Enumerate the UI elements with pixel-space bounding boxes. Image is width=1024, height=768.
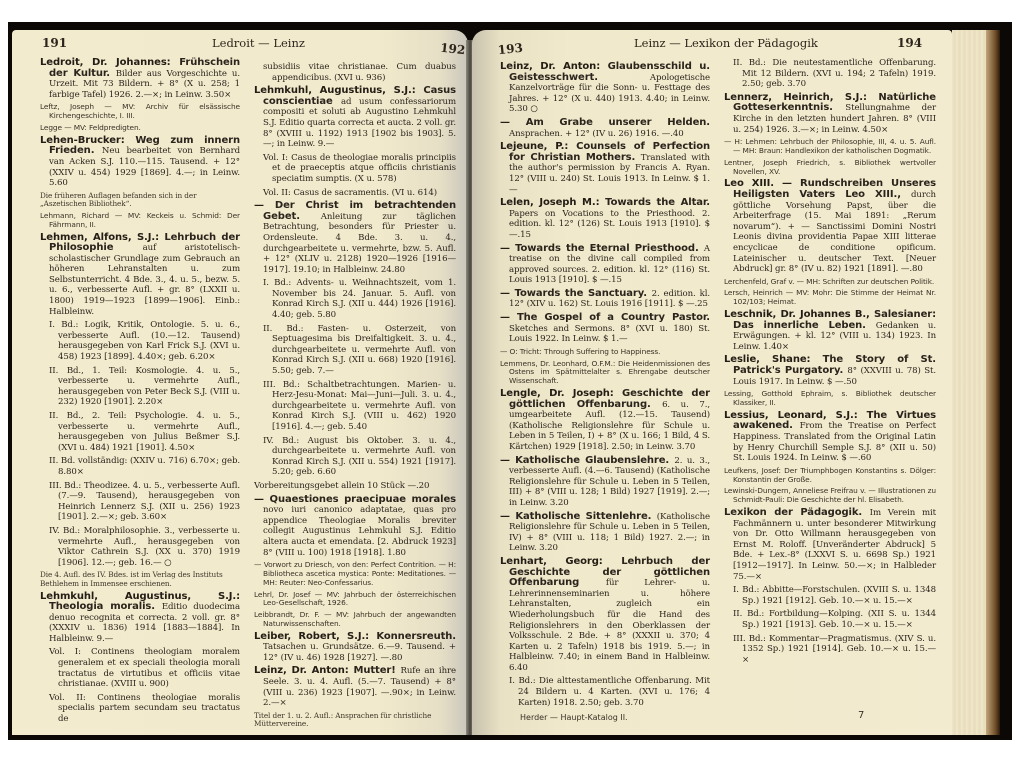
volume-entry: I. Bd.: Logik, Kritik, Ontologie. 5. u. … [40,320,240,362]
catalog-entry: Lehmkuhl, Augustinus, S.J.: Theologia mo… [40,592,240,645]
page-number-193: 193 [497,41,524,62]
entry-author: Leschnik, Dr. Johannes B., [724,309,874,320]
entry-author: Lehmkuhl, Augustinus, S.J.: [254,85,423,96]
catalog-entry: Ledroit, Dr. Johannes: Frühschein der Ku… [40,58,240,100]
cross-reference-entry: — H: Lehmen: Lehrbuch der Philosophie, I… [724,138,936,156]
catalog-entry: Lennerz, Heinrich, S.J.: Natürliche Gott… [724,93,936,135]
entry-author: — [500,455,515,466]
entry-title: Mutter! [353,665,400,676]
edition-note: Die früheren Auflagen befanden sich in d… [40,192,240,209]
entry-author: — [500,312,517,323]
volume-entry: I. Bd.: Advents- u. Weihnachtszeit, vom … [254,278,456,320]
volume-entry: Vol. II: Casus de sacramentis. (VI u. 61… [254,188,456,199]
entry-author: Ledroit, Dr. Johannes: [40,57,179,68]
entry-author: Lenhart, Georg: [500,556,621,567]
entry-title: Am Grabe unserer Helden. [526,117,710,128]
volume-entry: IV. Bd.: August bis Oktober. 3. u. 4., d… [254,436,456,478]
entry-details: für Lehrer- u. Lehrerinnenseminarien u. … [509,578,710,673]
catalog-entry: Lexikon der Pädagogik. Im Verein mit Fac… [724,508,936,582]
entry-details: durch göttliche Vorsehung Papst, über di… [733,190,936,274]
volume-entry: IV. Bd.: Moralphilosophie. 3., verbesser… [40,526,240,568]
entry-author: Leiber, Robert, S.J.: [254,631,376,642]
entry-author: Lessius, Leonard, S.J.: [724,410,867,421]
catalog-entry: — Towards the Eternal Priesthood. A trea… [500,244,710,286]
volume-entry: II. Bd.: Fortbildung—Kolping. (XII S. u.… [724,609,936,630]
volume-entry: Vol. I: Casus de theologiae moralis prin… [254,153,456,185]
catalog-entry: Lehen-Brucker: Weg zum innern Frieden. N… [40,136,240,189]
entry-title: Towards the Altar. [605,197,710,208]
entry-title: Towards the Eternal Priesthood. [515,243,704,254]
cross-reference-entry: — Vorwort zu Driesch, von den: Perfect C… [254,561,456,587]
entry-details: Sketches and Sermons. 8° (XVI u. 180) St… [509,324,710,345]
entry-author: Lelen, Joseph M.: [500,197,605,208]
cross-reference-entry: Lemmens, Dr. Leonhard, O.F.M.: Die Heide… [500,360,710,386]
volume-entry: III. Bd.: Schaltbetrachtungen. Marien- u… [254,380,456,433]
running-head-left: Ledroit — Leinz [212,36,305,54]
catalog-entry: Leinz, Dr. Anton: Glaubensschild u. Geis… [500,62,710,115]
entry-author: — [500,511,515,522]
volume-entry: II. Bd.: Die neutestamentliche Offenbaru… [724,58,936,90]
catalog-entry: — The Gospel of a Country Pastor. Sketch… [500,313,710,345]
volume-entry: Vol. I: Continens theologiam moralem gen… [40,647,240,689]
entry-details: Im Verein mit Fachmännern u. unter beson… [733,508,936,582]
catalog-entry: Leschnik, Dr. Johannes B., Salesianer: D… [724,310,936,352]
cross-reference-entry: Lersch, Heinrich — MV: Mohr: Die Stimme … [724,289,936,307]
entry-author: Lejeune, P.: [500,141,576,152]
cross-reference-entry: Lehrl, Dr. Josef — MV: Jahrbuch der öste… [254,591,456,609]
entry-title: Quaestiones praecipuae morales [270,494,456,505]
entry-author: — [500,243,515,254]
catalog-entry: Lengle, Dr. Joseph: Geschichte der göttl… [500,389,710,453]
cross-reference-entry: Lerchenfeld, Graf v. — MH: Schriften zur… [724,278,936,287]
entry-author: — [500,117,526,128]
catalog-line: Vorbereitungsgebet allein 10 Stück —.20 [254,481,456,492]
catalog-entry: — Der Christ im betrachtenden Gebet. Anl… [254,201,456,275]
catalog-entry: Lehmkuhl, Augustinus, S.J.: Casus consci… [254,86,456,150]
catalog-entry: — Towards the Sanctuary. 2. edition. kl.… [500,289,710,310]
volume-entry: II. Bd.: Fasten- u. Osterzeit, von Septu… [254,324,456,377]
catalog-entry: Lenhart, Georg: Lehrbuch der Geschichte … [500,557,710,674]
entry-author: — [254,494,270,505]
entry-author: Lennerz, Heinrich, S.J.: [724,92,878,103]
entry-details: novo iuri canonico adaptatae, quas pro a… [263,505,456,557]
entry-title: The Gospel of a Country Pastor. [517,312,710,323]
catalog-entry: — Am Grabe unserer Helden. Ansprachen. +… [500,118,710,139]
entry-details: Papers on Vocations to the Priesthood. 2… [509,209,710,240]
catalog-entry: Lehmen, Alfons, S.J.: Lehrbuch der Philo… [40,233,240,318]
entry-title: Konnersreuth. [376,631,456,642]
catalog-entry: Leslie, Shane: The Story of St. Patrick'… [724,355,936,387]
catalog-entry: — Katholische Glaubenslehre. 2. u. 3., v… [500,456,710,509]
catalog-entry: — Katholische Sittenlehre. (Katholische … [500,512,710,554]
volume-entry: I. Bd.: Die alttestamentliche Offenbarun… [500,676,710,708]
entry-author: Lengle, Dr. Joseph: [500,388,622,399]
entry-title: Lexikon der Pädagogik. [724,507,870,518]
entry-title: Katholische Sittenlehre. [515,511,656,522]
catalog-entry: Lejeune, P.: Counsels of Perfection for … [500,142,710,195]
footer-signature: 7 [858,710,864,721]
volume-entry: II. Bd., 2. Teil: Psychologie. 4. u. 5.,… [40,411,240,453]
volume-entry: III. Bd.: Theodizee. 4. u. 5., verbesser… [40,481,240,523]
entry-title: Towards the Sanctuary. [515,288,652,299]
page-number-191: 191 [42,36,67,54]
cross-reference-entry: Leibbrandt, Dr. F. — MV: Jahrbuch der an… [254,611,456,629]
volume-entry: subsidiis vitae christianae. Cum duabus … [254,62,456,83]
cross-reference-entry: Leftz, Joseph — MV: Archiv für elsässisc… [40,103,240,121]
volume-entry: I. Bd.: Abbitte—Forstschulen. (XVIII S. … [724,585,936,606]
cross-reference-entry: Legge — MV: Feldpredigten. [40,124,240,133]
entry-author: Lehmen, Alfons, S.J.: [40,232,164,243]
catalog-entry: Leo XIII. — Rundschreiben Unseres Heilig… [724,179,936,274]
entry-author: Leinz, Dr. Anton: [254,665,353,676]
entry-details: auf aristotelisch-scholastischer Grundla… [49,243,240,317]
page-edges [952,30,1000,735]
entry-details: Tatsachen u. Grundsätze. 6.—9. Tausend. … [263,642,456,663]
entry-title: Katholische Glaubenslehre. [515,455,674,466]
entry-author: Lehen-Brucker: [40,135,135,146]
entry-author: Leo XIII. — [724,178,800,189]
volume-entry: II. Bd. vollständig: (XXIV u. 716) 6.70×… [40,456,240,477]
catalog-entry: Leinz, Dr. Anton: Mutter! Rufe an ihre S… [254,666,456,708]
catalog-entry: Leiber, Robert, S.J.: Konnersreuth. Tats… [254,632,456,664]
right-page-column-1: Leinz, Dr. Anton: Glaubensschild u. Geis… [500,62,710,711]
entry-author: Leinz, Dr. Anton: [500,61,608,72]
entry-author: — [500,288,515,299]
cross-reference-entry: Lehmann, Richard — MV: Keckeis u. Schmid… [40,212,240,230]
page-number-194: 194 [897,36,922,54]
right-page-column-2: II. Bd.: Die neutestamentliche Offenbaru… [724,58,936,668]
cross-reference-entry: Lewinski-Dungern, Anneliese Freifrau v. … [724,487,936,505]
catalog-entry: Lessius, Leonard, S.J.: The Virtues awak… [724,411,936,464]
entry-details: Ansprachen. + 12° (IV u. 26) 1916. —.40 [509,129,684,139]
edition-note: Die 4. Aufl. des IV. Bdes. ist im Verlag… [40,571,240,588]
edition-note: Titel der 1. u. 2. Aufl.: Ansprachen für… [254,712,456,729]
entry-title: Theologia moralis. [49,601,162,612]
volume-entry: Vol. II: Continens theologiae moralis sp… [40,693,240,725]
entry-author: Lehmkuhl, Augustinus, S.J.: [40,591,240,602]
catalog-entry: Lelen, Joseph M.: Towards the Altar. Pap… [500,198,710,240]
entry-author: — [254,200,275,211]
footer-catalog: Herder — Haupt-Katalog II. [520,713,628,722]
running-head-right: Leinz — Lexikon der Pädagogik [634,36,818,54]
entry-author: Leslie, Shane: [724,354,823,365]
cross-reference-entry: Lessing, Gotthold Ephraim, s. Bibliothek… [724,390,936,408]
left-page-column-2: subsidiis vitae christianae. Cum duabus … [254,62,456,732]
catalog-entry: — Quaestiones praecipuae morales novo iu… [254,495,456,559]
left-page-column-1: Ledroit, Dr. Johannes: Frühschein der Ku… [40,58,240,728]
cross-reference-entry: — O: Tricht: Through Suffering to Happin… [500,348,710,357]
cross-reference-entry: Leufkens, Josef: Der Triumphbogen Konsta… [724,467,936,485]
page-number-192: 192 [439,41,466,62]
volume-entry: III. Bd.: Kommentar—Pragmatismus. (XIV S… [724,634,936,666]
volume-entry: II. Bd., 1. Teil: Kosmologie. 4. u. 5., … [40,366,240,408]
cross-reference-entry: Lentner, Joseph Friedrich, s. Bibliothek… [724,159,936,177]
